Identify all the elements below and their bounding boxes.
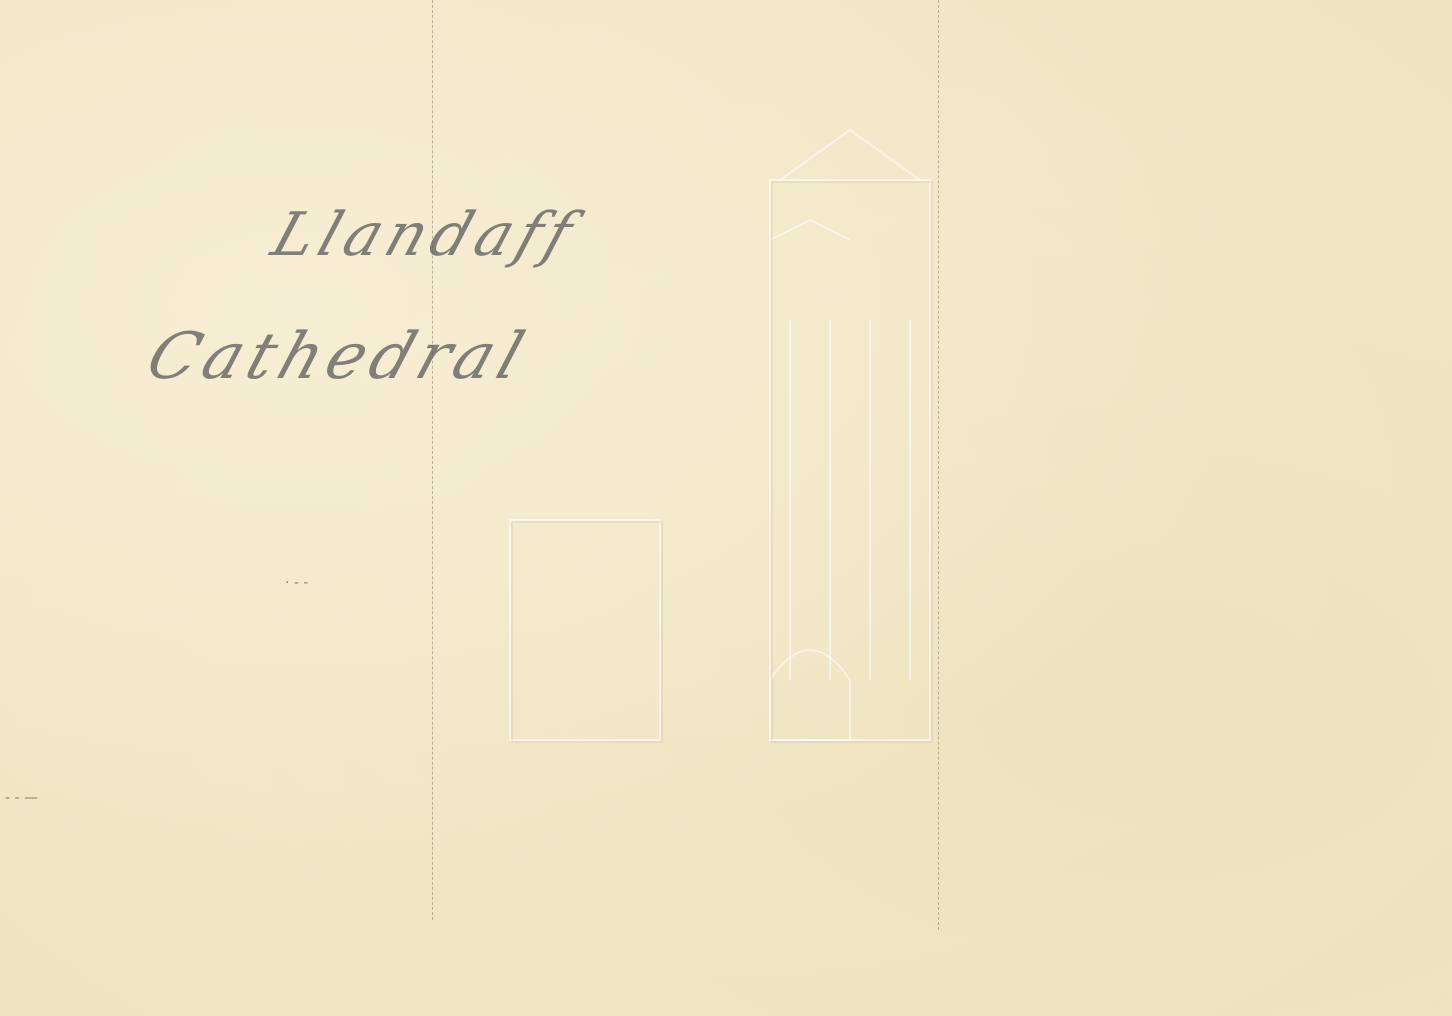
handwritten-location: Llandaff: [264, 200, 587, 270]
handwritten-subject: Cathedral: [138, 320, 538, 394]
aged-paper-card: Llandaff Cathedral · ‑ ‑ ‑ ‑ —: [0, 0, 1452, 1016]
pencil-mark-edge: ‑ ‑ —: [5, 790, 38, 806]
pencil-mark: · ‑ ‑: [285, 575, 308, 591]
perforation-line-left: [432, 0, 433, 920]
